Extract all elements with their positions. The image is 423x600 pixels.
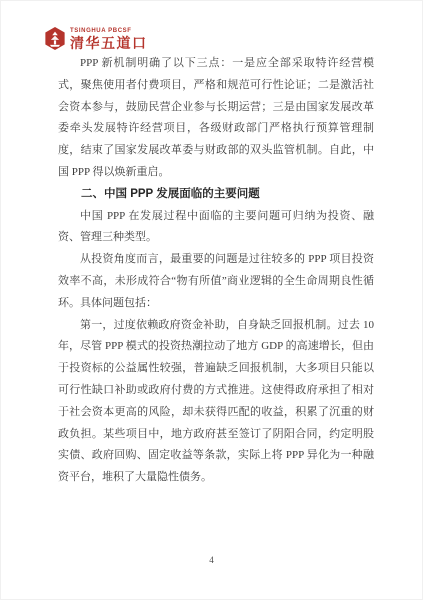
document-body: PPP 新机制明确了以下三点：一是应全部采取特许经营模式，聚焦使用者付费项目，严… — [58, 53, 374, 489]
section-heading: 二、中国 PPP 发展面临的主要问题 — [58, 184, 374, 206]
intro-paragraph: PPP 新机制明确了以下三点：一是应全部采取特许经营模式，聚焦使用者付费项目，严… — [58, 53, 374, 184]
paragraph-types: 中国 PPP 在发展过程中面临的主要问题可归纳为投资、融资、管理三种类型。 — [58, 206, 374, 250]
page-number: 4 — [209, 555, 214, 565]
tsinghua-pbcsf-hexagon-emblem-icon — [44, 26, 66, 51]
paragraph-first-problem: 第一，过度依赖政府资金补助，自身缺乏回报机制。过去 10 年，尽管 PPP 模式… — [58, 315, 374, 489]
tsinghua-pbcsf-logo: TSINGHUA PBCSF 清华五道口 — [44, 26, 148, 51]
logo-text-block: TSINGHUA PBCSF 清华五道口 — [70, 28, 148, 50]
page-footer: 4 — [1, 550, 422, 568]
logo-org-name-en: TSINGHUA PBCSF — [70, 28, 148, 34]
logo-org-name-zh: 清华五道口 — [70, 36, 148, 50]
document-page: TSINGHUA PBCSF 清华五道口 PPP 新机制明确了以下三点：一是应全… — [0, 0, 423, 600]
paragraph-investment-issue: 从投资角度而言，最重要的问题是过往较多的 PPP 项目投资效率不高，未形成符合“… — [58, 249, 374, 314]
